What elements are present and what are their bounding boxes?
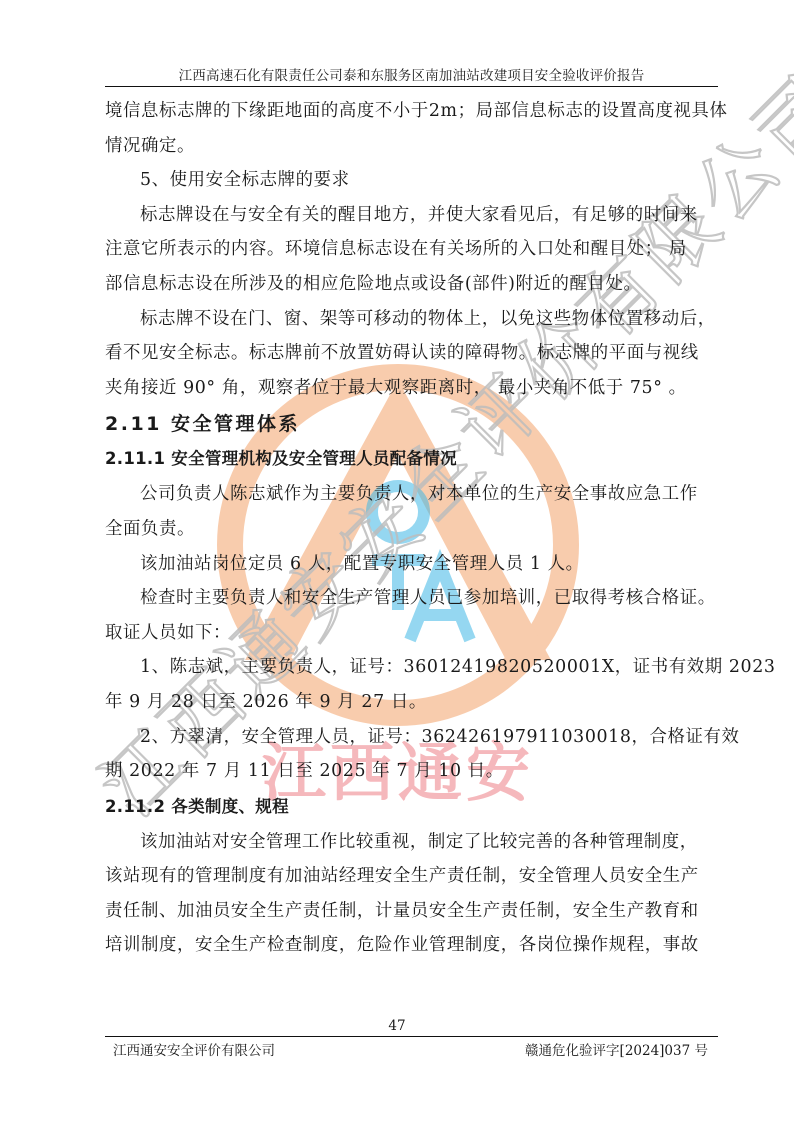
paragraph: 公司负责人陈志斌作为主要负责人，对本单位的生产安全事故应急工作 全面负责。 xyxy=(105,477,721,546)
paragraph: 境信息标志牌的下缘距地面的高度不小于2m；局部信息标志的设置高度视具体 情况确定… xyxy=(105,94,721,163)
paragraph: 标志牌设在与安全有关的醒目地方，并使大家看见后，有足够的时间来 注意它所表示的内… xyxy=(105,198,721,302)
footer-company: 江西通安安全评价有限公司 xyxy=(113,1039,275,1059)
list-item: 2、方翠清，安全管理人员，证号：362426197911030018，合格证有效… xyxy=(105,720,721,789)
list-item: 1、陈志斌，主要负责人，证号：36012419820520001X，证书有效期 … xyxy=(105,650,721,719)
list-heading: 5、使用安全标志牌的要求 xyxy=(105,163,721,198)
section-heading-2-11-1: 2.11.1 安全管理机构及安全管理人员配备情况 xyxy=(105,441,721,477)
section-heading-2-11: 2.11 安全管理体系 xyxy=(105,407,721,441)
document-page: 江西通安安全评价有限公司 江西通安 江西高速石化有限责任公司泰和东服务区南加油站… xyxy=(0,0,794,1123)
header-rule xyxy=(105,86,718,87)
paragraph: 标志牌不设在门、窗、架等可移动的物体上，以免这些物体位置移动后， 看不见安全标志… xyxy=(105,302,721,406)
page-number: 47 xyxy=(0,1018,794,1034)
document-body: 境信息标志牌的下缘距地面的高度不小于2m；局部信息标志的设置高度视具体 情况确定… xyxy=(105,94,721,963)
paragraph: 该加油站对安全管理工作比较重视，制定了比较完善的各种管理制度， 该站现有的管理制… xyxy=(105,825,721,963)
paragraph: 检查时主要负责人和安全生产管理人员已参加培训，已取得考核合格证。 取证人员如下： xyxy=(105,581,721,650)
paragraph: 该加油站岗位定员 6 人，配置专职安全管理人员 1 人。 xyxy=(105,547,721,582)
footer-doc-number: 赣通危化验评字[2024]037 号 xyxy=(525,1039,708,1059)
section-heading-2-11-2: 2.11.2 各类制度、规程 xyxy=(105,789,721,825)
running-header: 江西高速石化有限责任公司泰和东服务区南加油站改建项目安全验收评价报告 xyxy=(105,64,718,84)
footer-rule xyxy=(105,1036,718,1037)
